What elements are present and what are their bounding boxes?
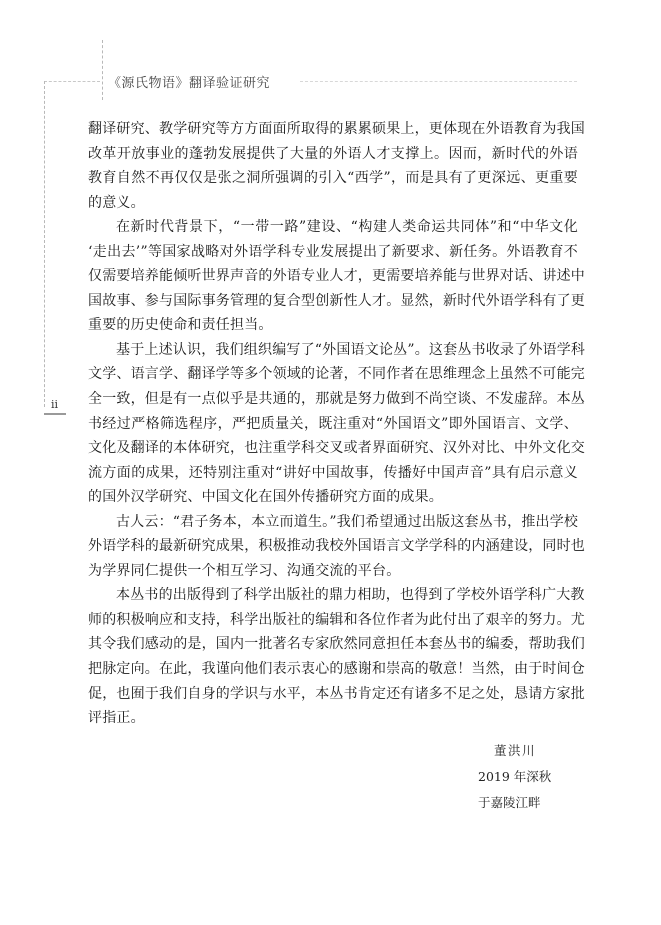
- text-line: 文化及翻译的本体研究，也注重学科交叉或者界面研究、汉外对比、中外文化交: [88, 436, 578, 461]
- text-line: 的意义。: [88, 191, 578, 216]
- text-line: 本丛书的出版得到了科学出版社的鼎力相助，也得到了学校外语学科广大教: [88, 583, 578, 608]
- text-line: 在新时代背景下，“一带一路”建设、“构建人类命运共同体”和“中华文化: [88, 215, 578, 240]
- margin-vertical-dashed-rule: [44, 81, 45, 407]
- page-number-rule: [44, 413, 66, 415]
- text-line: 古人云：“君子务本，本立而道生。”我们希望通过出版这套丛书，推出学校: [88, 510, 578, 535]
- paragraph: 在新时代背景下，“一带一路”建设、“构建人类命运共同体”和“中华文化 ‘走出去’…: [88, 215, 578, 338]
- text-line: 的国外汉学研究、中国文化在国外传播研究方面的成果。: [88, 485, 578, 510]
- header-vertical-dashed-rule: [102, 40, 103, 100]
- page-number: ii: [51, 398, 58, 411]
- paragraph: 翻译研究、教学研究等方方面面所取得的累累硕果上，更体现在外语教育为我国 改革开放…: [88, 117, 578, 215]
- text-line: ‘走出去’”等国家战略对外语学科专业发展提出了新要求、新任务。外语教育不: [88, 240, 578, 265]
- text-line: 国故事、参与国际事务管理的复合型创新性人才。显然，新时代外语学科有了更: [88, 289, 578, 314]
- text-line: 翻译研究、教学研究等方方面面所取得的累累硕果上，更体现在外语教育为我国: [88, 117, 578, 142]
- paragraph: 古人云：“君子务本，本立而道生。”我们希望通过出版这套丛书，推出学校 外语学科的…: [88, 510, 578, 584]
- text-line: 仅需要培养能倾听世界声音的外语专业人才，更需要培养能与世界对话、讲述中: [88, 264, 578, 289]
- text-line: 基于上述认识，我们组织编写了“外国语文论丛”。这套丛书收录了外语学科: [88, 338, 578, 363]
- body-text: 翻译研究、教学研究等方方面面所取得的累累硕果上，更体现在外语教育为我国 改革开放…: [88, 117, 578, 731]
- signature-place: 于嘉陵江畔: [478, 790, 598, 816]
- running-head-title: 《源氏物语》翻译验证研究: [108, 72, 270, 91]
- text-line: 把脉定向。在此，我谨向他们表示衷心的感谢和崇高的敬意！当然，由于时间仓: [88, 657, 578, 682]
- text-line: 文学、语言学、翻译学等多个领域的论著，不同作者在思维理念上虽然不可能完: [88, 362, 578, 387]
- paragraph: 本丛书的出版得到了科学出版社的鼎力相助，也得到了学校外语学科广大教 师的积极响应…: [88, 583, 578, 730]
- text-line: 书经过严格筛选程序，严把质量关，既注重对“外国语文”即外国语言、文学、: [88, 412, 578, 437]
- text-line: 重要的历史使命和责任担当。: [88, 313, 578, 338]
- header-dashed-rule-right: [300, 81, 577, 82]
- author-name: 董洪川: [478, 738, 598, 764]
- text-line: 教育自然不再仅仅是张之洞所强调的引入“西学”，而是具有了更深远、更重要: [88, 166, 578, 191]
- paragraph: 基于上述认识，我们组织编写了“外国语文论丛”。这套丛书收录了外语学科 文学、语言…: [88, 338, 578, 510]
- text-line: 师的积极响应和支持，科学出版社的编辑和各位作者为此付出了艰辛的努力。尤: [88, 608, 578, 633]
- text-line: 外语学科的最新研究成果，积极推动我校外国语言文学学科的内涵建设，同时也: [88, 534, 578, 559]
- header-dashed-rule-left: [44, 81, 100, 82]
- text-line: 其令我们感动的是，国内一批著名专家欣然同意担任本套丛书的编委，帮助我们: [88, 632, 578, 657]
- text-line: 为学界同仁提供一个相互学习、沟通交流的平台。: [88, 559, 578, 584]
- text-line: 促，也囿于我们自身的学识与水平，本丛书肯定还有诸多不足之处，恳请方家批: [88, 682, 578, 707]
- text-line: 改革开放事业的蓬勃发展提供了大量的外语人才支撑上。因而，新时代的外语: [88, 142, 578, 167]
- text-line: 全一致，但是有一点似乎是共通的，那就是努力做到不尚空谈、不发虚辞。本丛: [88, 387, 578, 412]
- signature-block: 董洪川 2019 年深秋 于嘉陵江畔: [478, 738, 598, 816]
- text-line: 流方面的成果，还特别注重对“讲好中国故事，传播好中国声音”具有启示意义: [88, 461, 578, 486]
- text-line: 评指正。: [88, 706, 578, 731]
- signature-date: 2019 年深秋: [478, 764, 598, 790]
